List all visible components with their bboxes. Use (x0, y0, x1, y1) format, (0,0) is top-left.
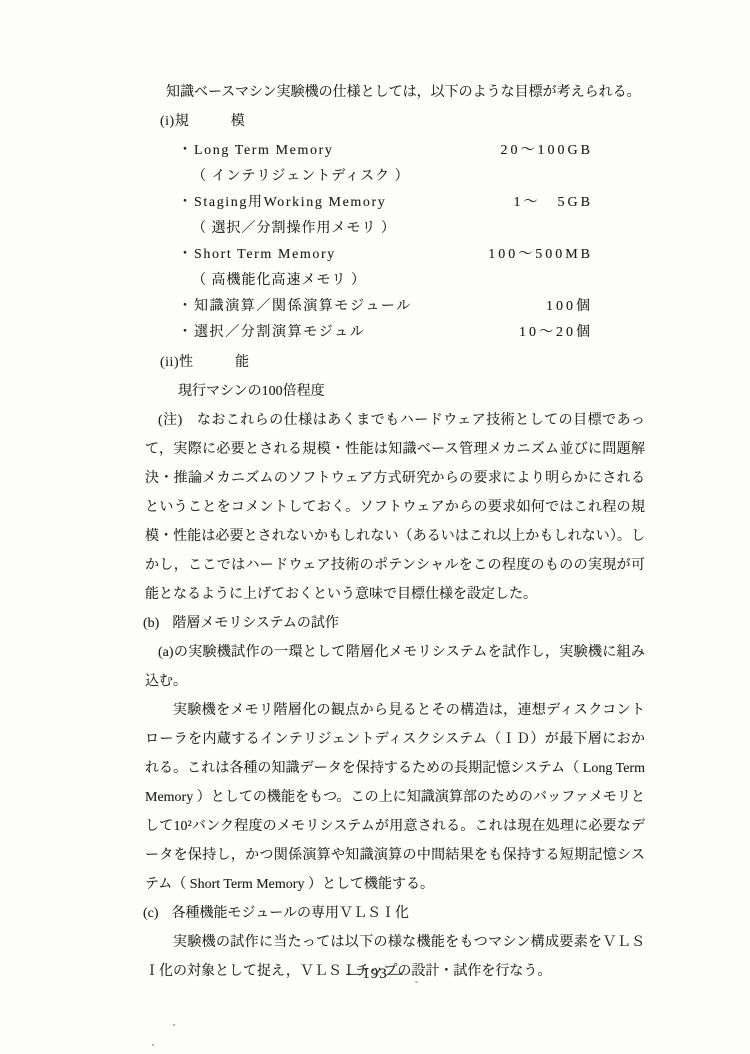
spec-note: （ インテリジェントディスク ） (178, 164, 645, 190)
spec-line: ・ Staging用Working Memory 1〜 5GB (178, 190, 645, 216)
note-body: なおこれらの仕様はあくまでもハードウェア技術としての目標であって，実際に必要とさ… (145, 413, 645, 602)
document-body: 知識ベースマシン実験機の仕様としては，以下のような目標が考えられる。 (i)規 … (145, 78, 645, 986)
spec-value: 100個 (546, 294, 645, 320)
section-ii-title: 性 能 (179, 355, 249, 370)
paragraph-b2: 実験機をメモリ階層化の観点から見るとその構造は，連想ディスクコントローラを内蔵す… (145, 696, 645, 899)
spec-name: 選択／分割演算モジュル (194, 320, 365, 346)
bullet-icon: ・ (178, 138, 194, 164)
section-ii-heading: (ii)性 能 (160, 348, 645, 377)
spec-value: 10〜20個 (519, 320, 645, 346)
spec-line: ・ Short Term Memory 100〜500MB (178, 242, 645, 268)
spec-list: ・ Long Term Memory 20〜100GB （ インテリジェントディ… (178, 138, 645, 346)
section-b-title: 階層メモリシステムの試作 (172, 616, 339, 631)
section-b-label: (b) (143, 616, 159, 631)
spec-name: Short Term Memory (194, 242, 336, 268)
spec-line: ・ 選択／分割演算モジュル 10〜20個 (178, 320, 645, 346)
intro-paragraph: 知識ベースマシン実験機の仕様としては，以下のような目標が考えられる。 (145, 78, 645, 107)
bullet-icon: ・ (178, 294, 194, 320)
scan-speck (152, 1044, 154, 1046)
spec-note: （ 選択／分割操作用メモリ ） (178, 216, 645, 242)
note-paragraph: (注)なおこれらの仕様はあくまでもハードウェア技術としての目標であって，実際に必… (145, 406, 645, 609)
scan-speck (173, 1024, 175, 1026)
section-i-label: (i) (160, 114, 175, 129)
spec-value: 20〜100GB (501, 138, 645, 164)
bullet-icon: ・ (178, 242, 194, 268)
section-c-label: (c) (143, 906, 159, 921)
spec-row: ・ 知識演算／関係演算モジュール 100個 (178, 294, 645, 320)
bullet-icon: ・ (178, 190, 194, 216)
section-i-title: 規 模 (175, 114, 245, 129)
spec-row: ・ Long Term Memory 20〜100GB （ インテリジェントディ… (178, 138, 645, 190)
spec-row: ・ Short Term Memory 100〜500MB （ 高機能化高速メモ… (178, 242, 645, 294)
spec-note: （ 高機能化高速メモリ ） (178, 268, 645, 294)
section-b-heading: (b)階層メモリシステムの試作 (143, 609, 645, 638)
spec-name: 知識演算／関係演算モジュール (194, 294, 412, 320)
section-c-title: 各種機能モジュールの専用ＶＬＳＩ化 (172, 906, 409, 921)
section-i-heading: (i)規 模 (160, 107, 645, 136)
section-c-heading: (c)各種機能モジュールの専用ＶＬＳＩ化 (143, 899, 645, 928)
spec-name: Staging用Working Memory (194, 190, 386, 216)
performance-line: 現行マシンの100倍程度 (178, 377, 645, 406)
section-ii-label: (ii) (160, 355, 179, 370)
spec-line: ・ 知識演算／関係演算モジュール 100個 (178, 294, 645, 320)
note-label: (注) (158, 413, 182, 428)
page-number: —193— (0, 966, 750, 983)
paragraph-b1: (a)の実験機試作の一環として階層化メモリシステムを試作し，実験機に組み込む。 (145, 638, 645, 696)
spec-value: 1〜 5GB (514, 190, 645, 216)
scanned-document-page: 知識ベースマシン実験機の仕様としては，以下のような目標が考えられる。 (i)規 … (0, 0, 750, 1054)
bullet-icon: ・ (178, 320, 194, 346)
scan-speck (415, 981, 418, 983)
spec-line: ・ Long Term Memory 20〜100GB (178, 138, 645, 164)
spec-row: ・ 選択／分割演算モジュル 10〜20個 (178, 320, 645, 346)
spec-name: Long Term Memory (194, 138, 333, 164)
spec-row: ・ Staging用Working Memory 1〜 5GB （ 選択／分割操… (178, 190, 645, 242)
spec-value: 100〜500MB (488, 242, 645, 268)
